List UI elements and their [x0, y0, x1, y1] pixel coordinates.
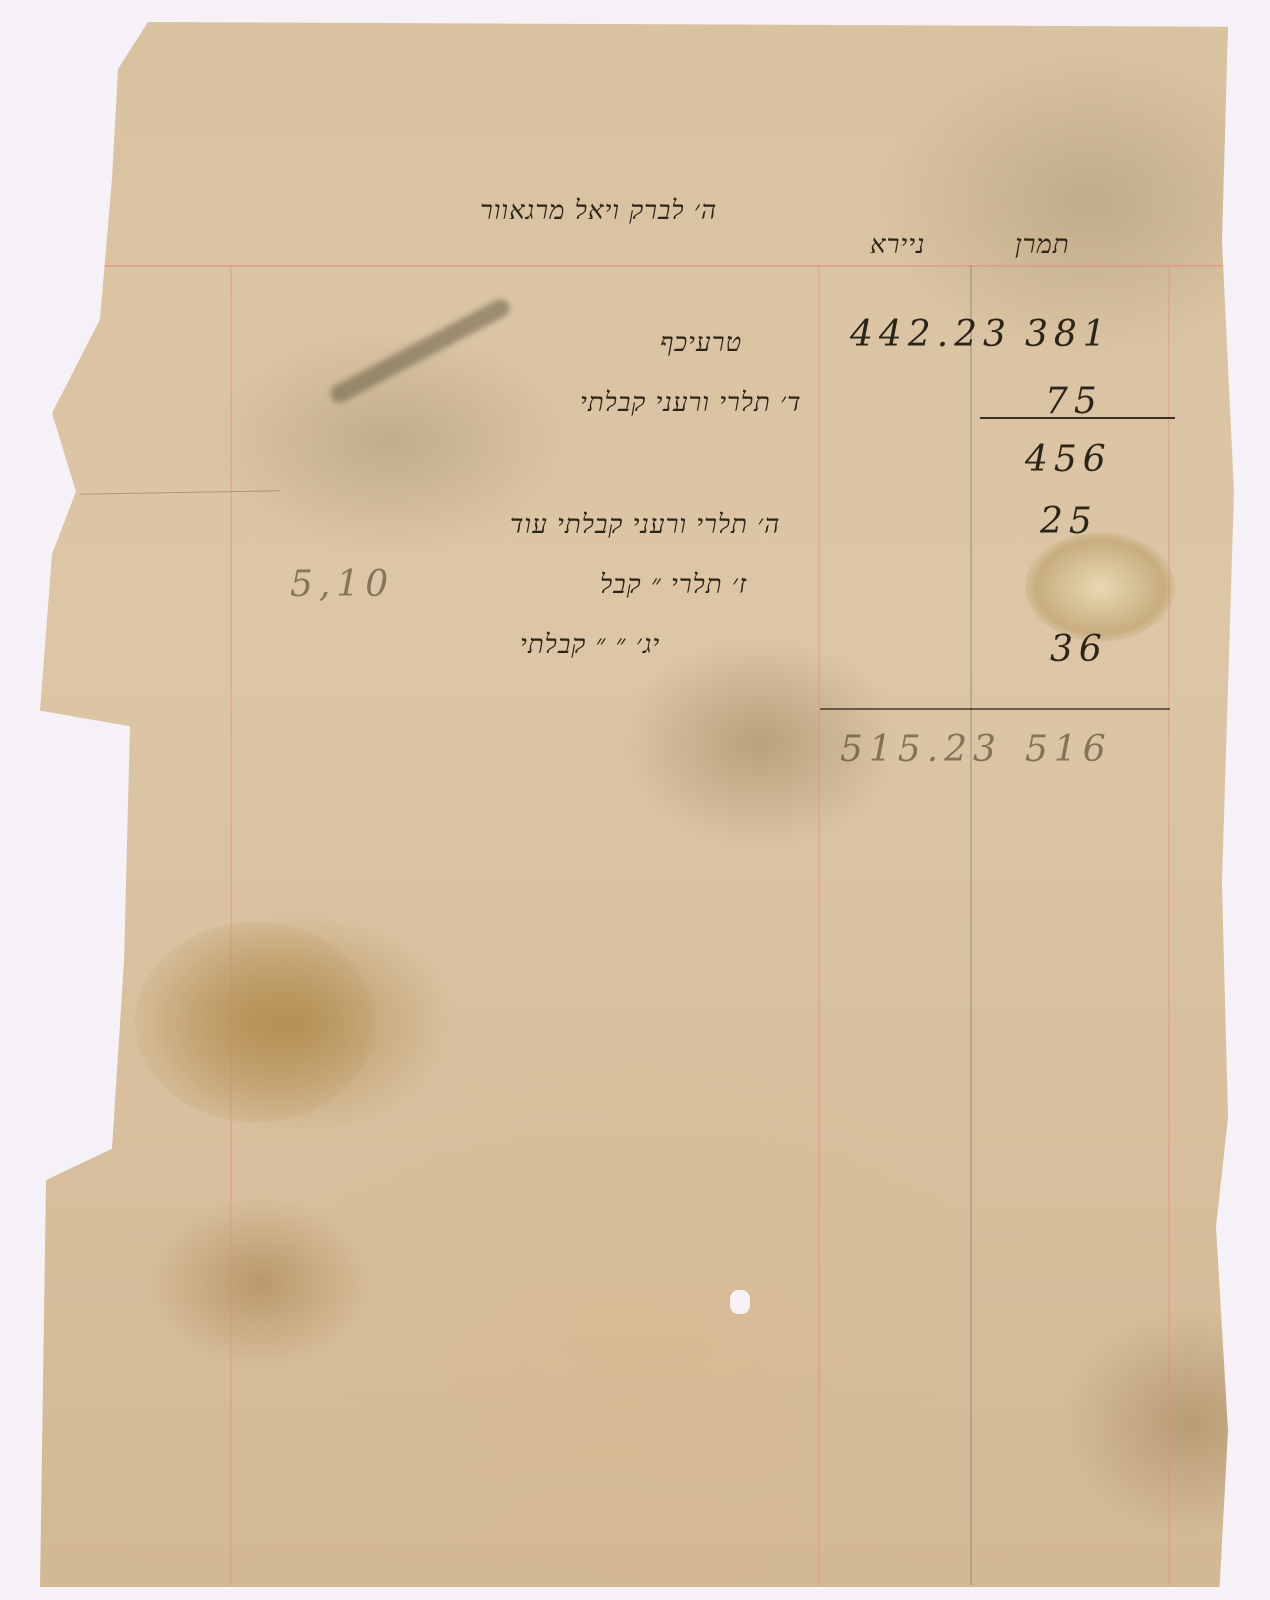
subtotal-line: [980, 417, 1175, 419]
total-amount-right: 516: [1025, 732, 1112, 768]
header-rule-line: [80, 265, 1240, 267]
aged-ledger-paper: ה׳ לברק ויאל מרגאוור ניירא תמרן טרעיכף 4…: [40, 22, 1240, 1587]
column-header-left: ניירא: [870, 232, 925, 258]
paper-hole: [730, 1290, 750, 1314]
entry-label: טרעיכף: [660, 330, 742, 356]
document-title: ה׳ לברק ויאל מרגאוור: [480, 198, 717, 224]
total-amount-left: 515.23: [840, 732, 1002, 768]
entry-label: יג׳ ״ ״ קבלתי: [520, 632, 660, 658]
column-rule-line: [1168, 265, 1170, 1585]
entry-amount-left: 442.23: [850, 317, 1012, 353]
column-rule-line: [818, 265, 820, 1585]
subtotal-amount: 456: [1025, 442, 1112, 478]
paper-crease: [80, 490, 280, 494]
entry-label: ד׳ תלרי ורעני קבלתי: [580, 390, 802, 416]
entry-amount-right: 381: [1025, 317, 1112, 353]
entry-amount-right: 75: [1045, 384, 1103, 420]
water-stain: [135, 922, 375, 1122]
column-header-right: תמרן: [1015, 232, 1070, 258]
margin-note: 5,10: [290, 567, 394, 603]
entry-amount-right: 25: [1040, 504, 1098, 540]
total-line: [820, 708, 1170, 710]
ink-smear: [327, 296, 512, 406]
entry-label: ז׳ תלרי ״ קבל: [600, 572, 747, 598]
water-stain: [1025, 532, 1175, 642]
entry-amount-right: 36: [1050, 632, 1108, 668]
entry-label: ה׳ תלרי ורעני קבלתי עוד: [510, 512, 780, 538]
column-rule-line: [970, 265, 972, 1585]
